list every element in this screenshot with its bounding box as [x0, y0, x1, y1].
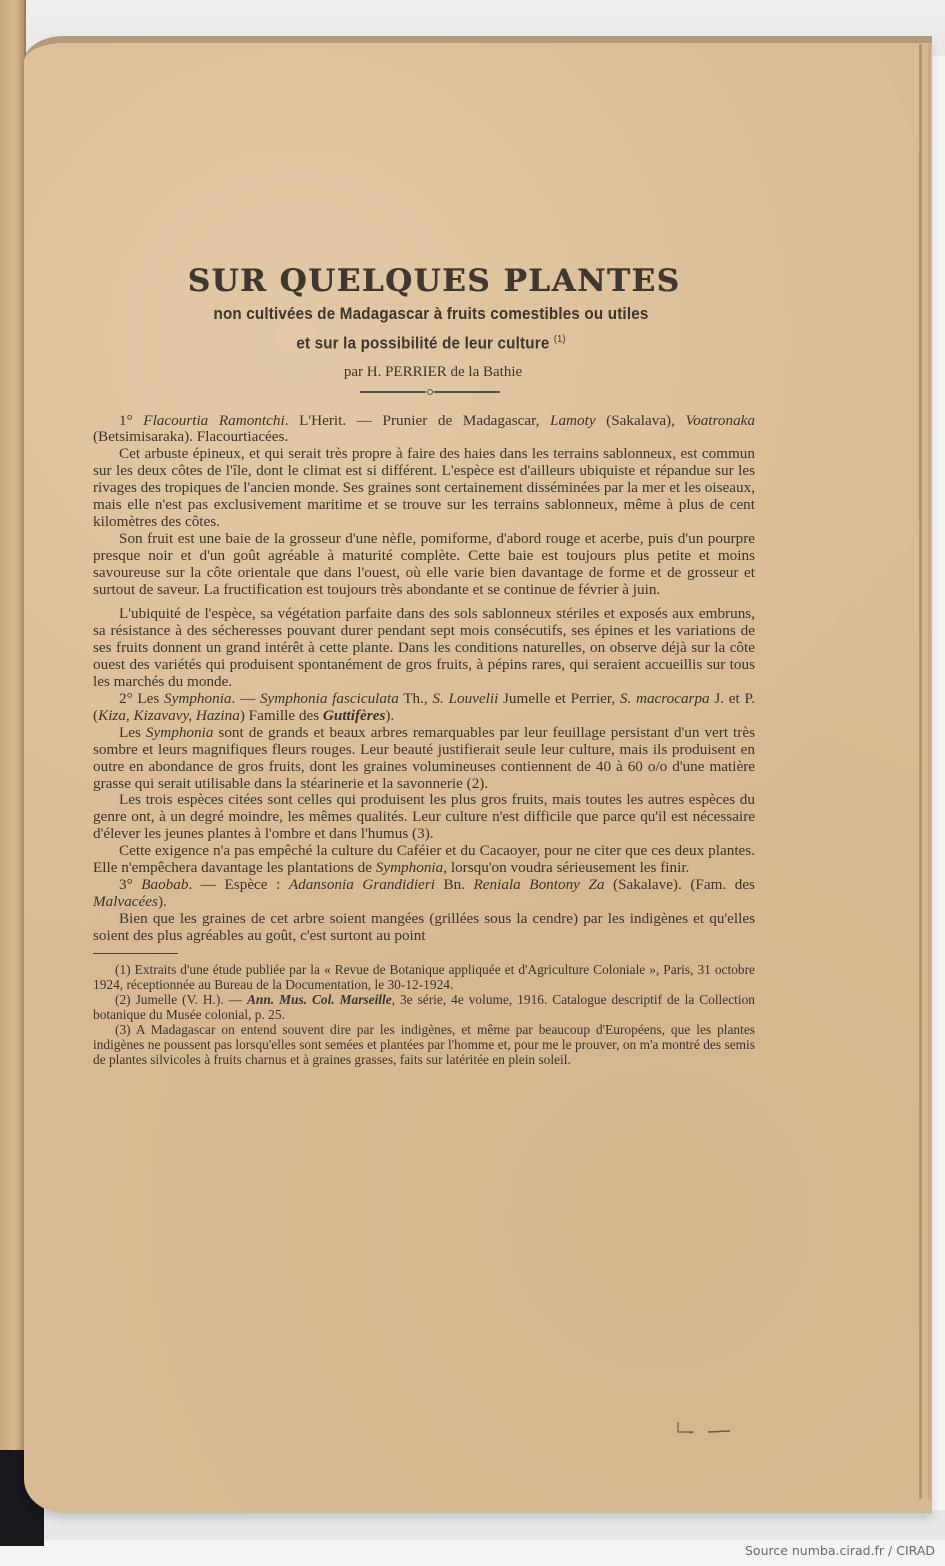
genus-name: Baobab [141, 876, 188, 893]
ornament-circle-icon [427, 389, 433, 395]
paragraph: Bien que les graines de cet arbre soient… [93, 911, 755, 945]
section-heading-3: 3° Baobab. — Espèce : Adansonia Grandidi… [93, 877, 755, 911]
footnote-marker: (2) [115, 992, 131, 1007]
footnote-divider [93, 953, 178, 954]
ornament-bar [434, 391, 500, 393]
heading-text: . — Espèce : [188, 876, 288, 893]
heading-text: Les [133, 690, 164, 707]
vernacular-name: Kiza, Kizavavy, Hazina [98, 707, 240, 724]
heading-text: ) Famille des [240, 707, 323, 724]
paragraph: Les Symphonia sont de grands et beaux ar… [93, 725, 755, 793]
heading-text: Th., [399, 690, 433, 707]
paragraph: L'ubiquité de l'espèce, sa végétation pa… [93, 606, 755, 691]
paragraph-text: Les [119, 724, 146, 741]
heading-text: ). [385, 707, 394, 724]
article-body: 1° Flacourtia Ramontchi. L'Herit. — Prun… [93, 413, 755, 945]
article-subtitle-line-1: non cultivées de Madagascar à fruits com… [133, 305, 729, 324]
species-name: S. macrocarpa [620, 690, 710, 707]
genus-name: Symphonia [164, 690, 232, 707]
footnote-ref-1: (1) [554, 334, 566, 345]
genus-name: Symphonia [146, 724, 214, 741]
footnotes: (1) Extraits d'une étude publiée par la … [93, 962, 755, 1067]
genus-name: Symphonia [376, 859, 444, 876]
journal-title: Ann. Mus. Col. Marseille [247, 992, 392, 1007]
page-edge-line [928, 44, 931, 1499]
heading-text: Jumelle et Perrier, [498, 690, 620, 707]
heading-text: (Sakalave). (Fam. des [605, 876, 755, 893]
paragraph: Cet arbuste épineux, et qui serait très … [93, 446, 755, 531]
footnote-marker: (1) [115, 962, 131, 977]
article: SUR QUELQUES PLANTES non cultivées de Ma… [93, 255, 755, 1067]
heading-text: (Sakalava), [596, 412, 686, 429]
pencil-annotation-mark [674, 1420, 734, 1436]
section-number: 1° [119, 412, 133, 429]
heading-text: . L'Herit. — Prunier de Madagascar, [285, 412, 550, 429]
footnote-text: A Madagascar on entend souvent dire par … [93, 1022, 755, 1067]
footnote-1: (1) Extraits d'une étude publiée par la … [93, 962, 755, 992]
subtitle-text: et sur la possibilité de leur culture [296, 335, 549, 353]
author-byline: par H. PERRIER de la Bathie [111, 364, 755, 381]
article-title: SUR QUELQUES PLANTES [113, 263, 755, 299]
species-name: Adansonia Grandidieri [289, 876, 435, 893]
scan-backdrop-bottom [0, 1510, 945, 1540]
paragraph: Cette exigence n'a pas empêché la cultur… [93, 843, 755, 877]
paragraph: Son fruit est une baie de la grosseur d'… [93, 531, 755, 599]
section-number: 2° [119, 690, 133, 707]
book-binding-left-page [0, 0, 26, 1540]
species-name: Symphonia fasciculata [260, 690, 399, 707]
page-edge-line [919, 44, 922, 1499]
vernacular-name: Reniala Bontony Za [474, 876, 605, 893]
paragraph-text: , lorsqu'on voudra sérieusement les fini… [443, 859, 689, 876]
family-name: Guttifères [323, 707, 385, 724]
footnote-3: (3) A Madagascar on entend souvent dire … [93, 1022, 755, 1067]
paragraph: Les trois espèces citées sont celles qui… [93, 792, 755, 843]
article-subtitle-line-2: et sur la possibilité de leur culture (1… [133, 334, 729, 354]
heading-text: Bn. [435, 876, 474, 893]
footnote-text: Extraits d'une étude publiée par la « Re… [93, 962, 755, 992]
heading-text: (Betsimisaraka). Flacourtiacées. [93, 428, 288, 445]
footnote-marker: (3) [115, 1022, 131, 1037]
family-name: Malvacées [93, 893, 158, 910]
section-number: 3° [119, 876, 133, 893]
ornament-bar [360, 391, 426, 393]
section-heading-2: 2° Les Symphonia. — Symphonia fasciculat… [93, 691, 755, 725]
heading-text: ). [158, 893, 167, 910]
vernacular-name: Voatronaka [686, 412, 755, 429]
species-name: Flacourtia Ramontchi [143, 412, 284, 429]
footnote-2: (2) Jumelle (V. H.). — Ann. Mus. Col. Ma… [93, 992, 755, 1022]
footnote-text: Jumelle (V. H.). — [131, 992, 247, 1007]
vernacular-name: Lamoty [550, 412, 596, 429]
section-heading-1: 1° Flacourtia Ramontchi. L'Herit. — Prun… [93, 413, 755, 447]
species-name: S. Louvelii [432, 690, 498, 707]
ornament-divider [105, 389, 755, 395]
heading-text: . — [232, 690, 260, 707]
source-credit: Source numba.cirad.fr / CIRAD [745, 1543, 935, 1558]
